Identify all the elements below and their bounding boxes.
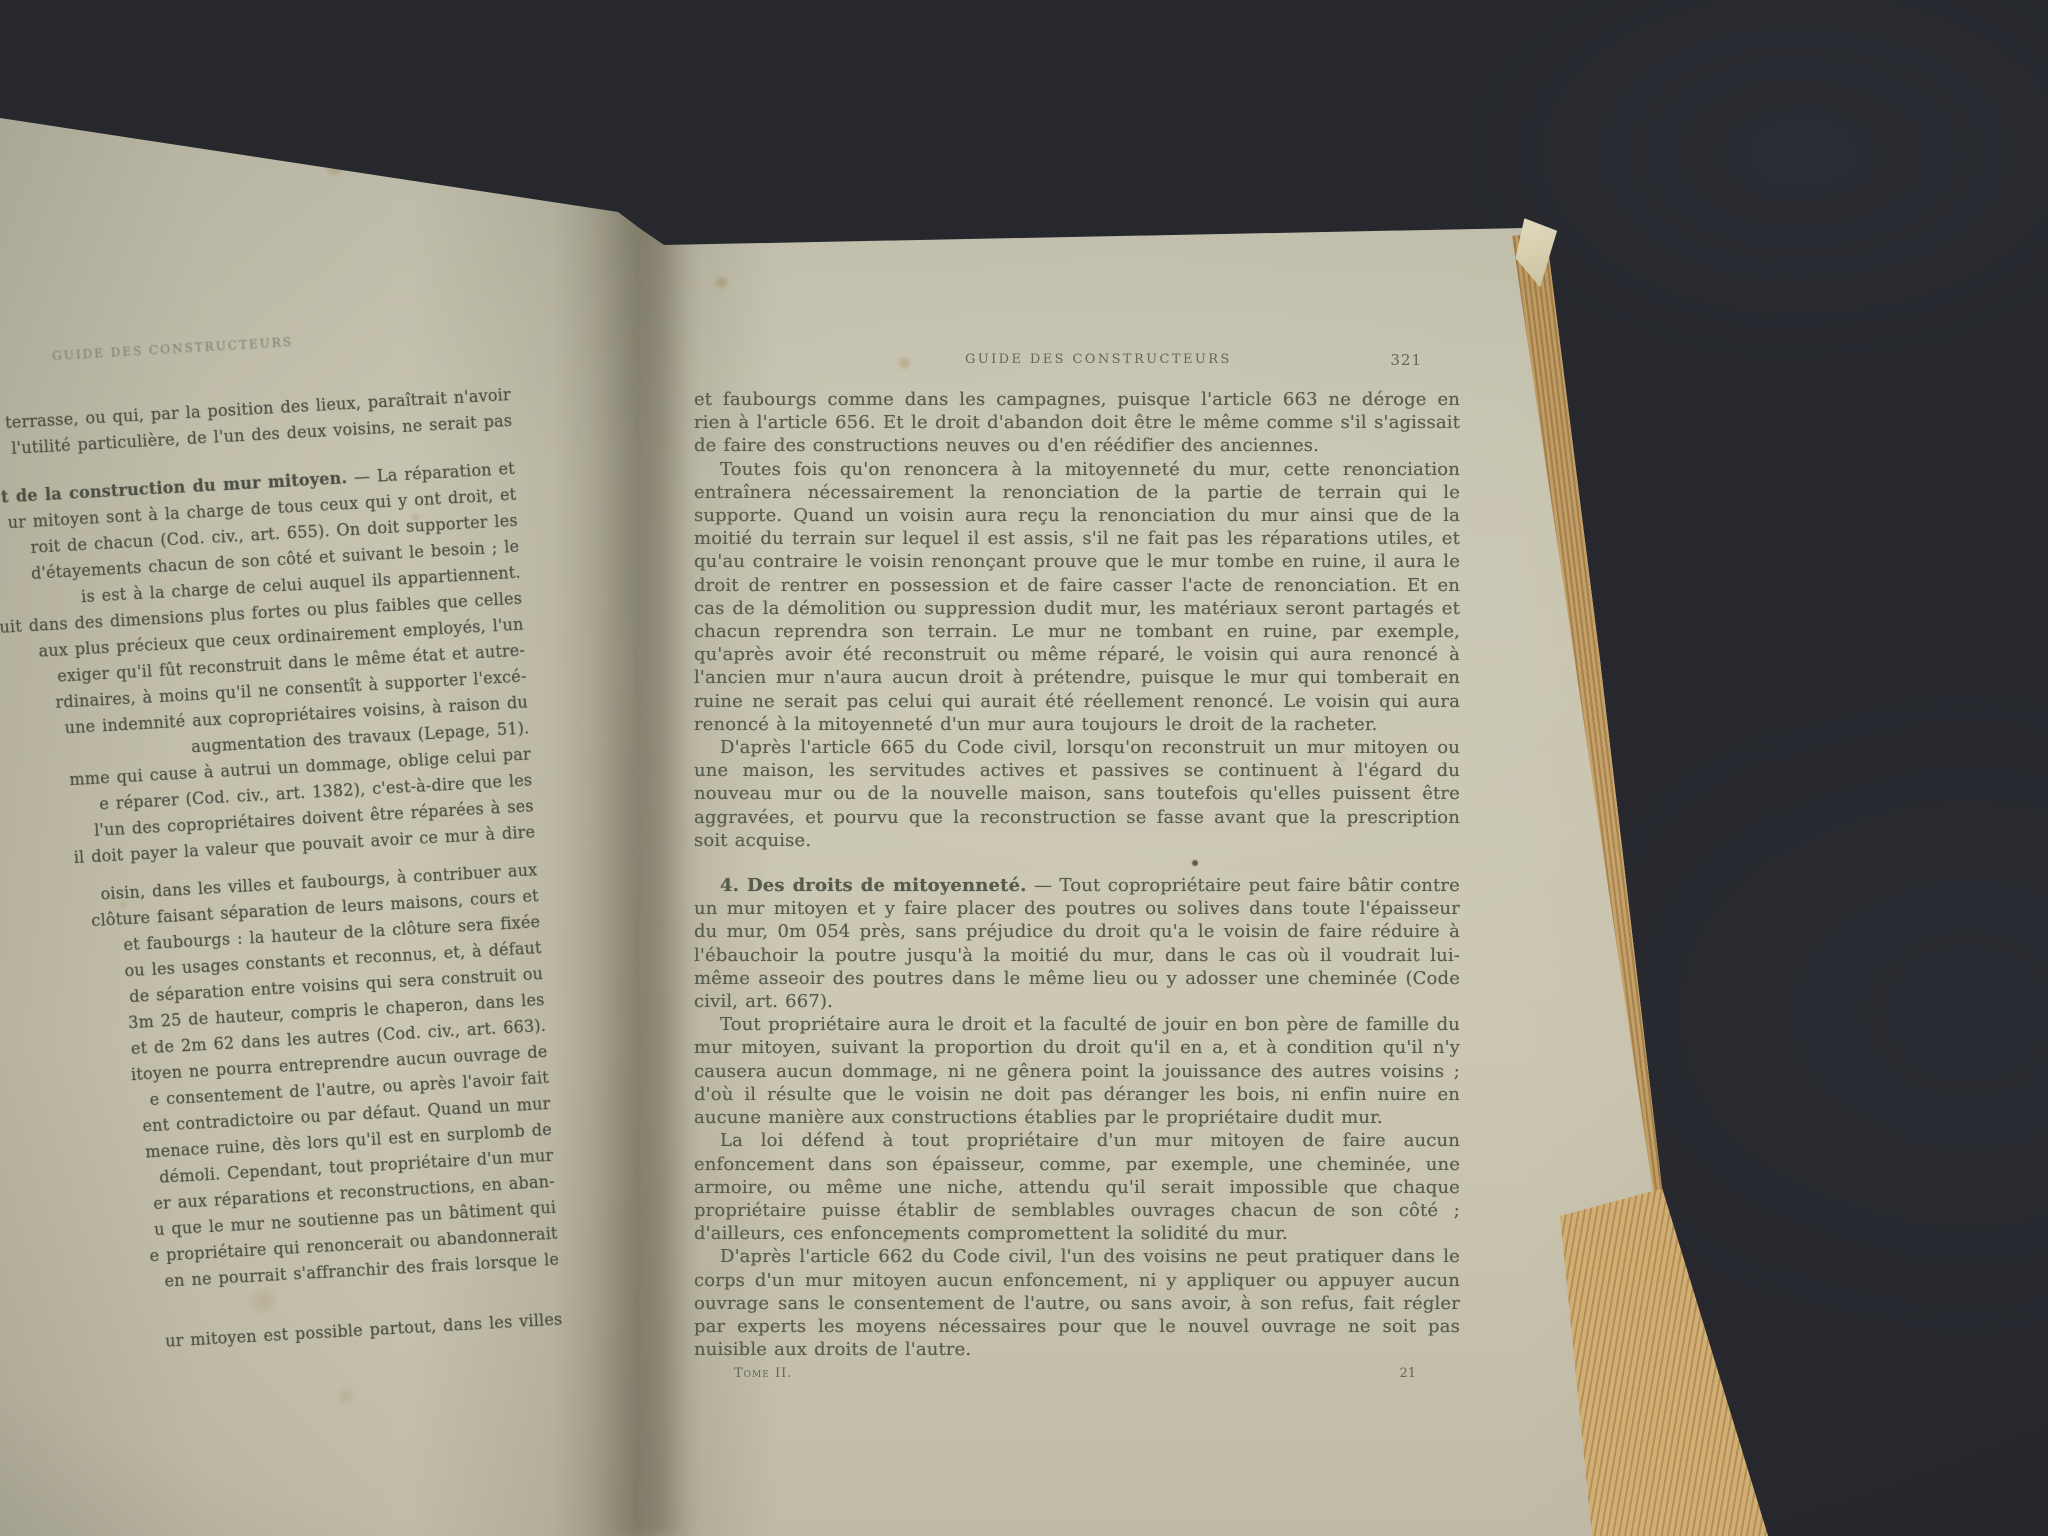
signature-number: 21 [1399, 1366, 1416, 1381]
paragraph: D'après l'article 665 du Code civil, lor… [694, 736, 1460, 852]
left-page-text: une terrasse, ou qui, par la position de… [0, 382, 563, 1373]
right-page-running-header: GUIDE DES CONSTRUCTEURS 321 [694, 352, 1460, 374]
paragraph: La loi défend à tout propriétaire d'un m… [694, 1129, 1460, 1245]
paragraph: et faubourgs comme dans les campagnes, p… [694, 388, 1460, 458]
running-title: GUIDE DES CONSTRUCTEURS [965, 352, 1232, 367]
age-spot [324, 156, 346, 176]
book-photo: GUIDE DES CONSTRUCTEURS une terrasse, ou… [0, 0, 2048, 1536]
page-number: 321 [1390, 351, 1422, 369]
open-book: GUIDE DES CONSTRUCTEURS une terrasse, ou… [0, 0, 2048, 1536]
right-page-body: et faubourgs comme dans les campagnes, p… [694, 388, 1460, 1361]
paragraph: Toutes fois qu'on renoncera à la mitoyen… [694, 458, 1460, 736]
age-spot [336, 1388, 356, 1405]
age-spot [222, 128, 234, 139]
right-page-text: GUIDE DES CONSTRUCTEURS 321 et faubourgs… [694, 352, 1460, 1381]
text-line: ur mitoyen est possible partout, dans le… [0, 1307, 563, 1374]
paragraph: D'après l'article 662 du Code civil, l'u… [694, 1245, 1460, 1361]
left-page-running-header: GUIDE DES CONSTRUCTEURS [52, 335, 294, 363]
right-page-footer: Tome II. 21 [694, 1366, 1460, 1381]
section-heading-paragraph: 4. Des droits de mitoyenneté. — Tout cop… [694, 874, 1460, 1013]
age-spot [714, 276, 729, 289]
tome-label: Tome II. [734, 1366, 792, 1381]
paragraph: Tout propriétaire aura le droit et la fa… [694, 1013, 1460, 1129]
